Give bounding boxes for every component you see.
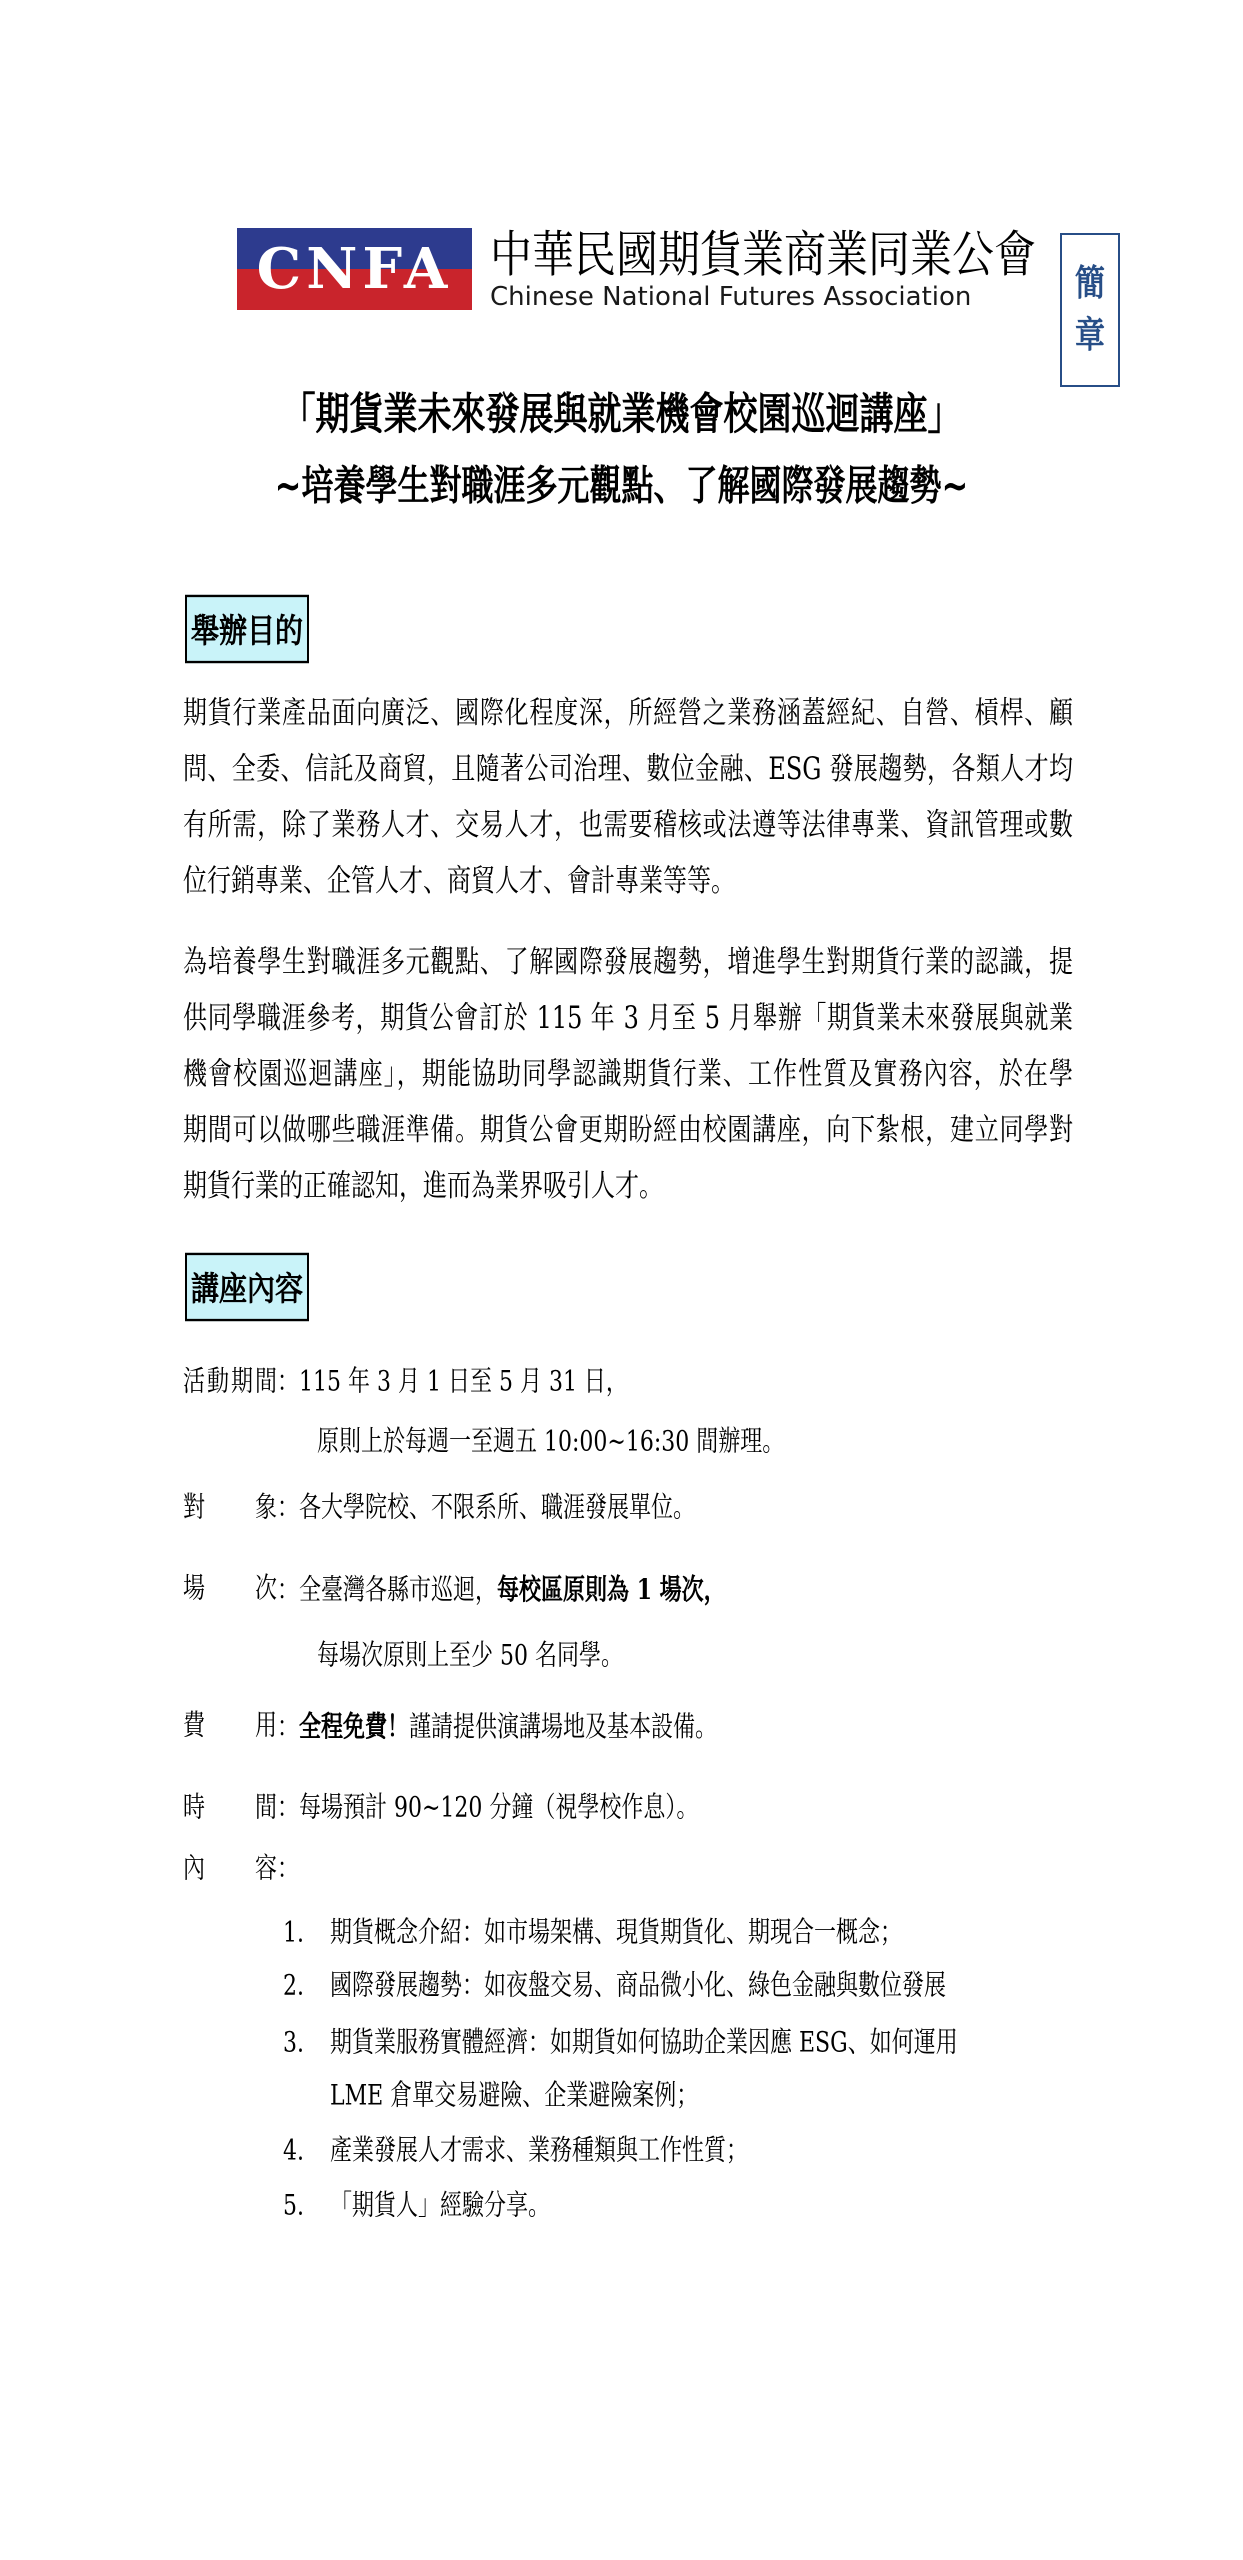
detail-label-char: 次 [255, 1554, 277, 1626]
detail-line-費用: 費用：全程免費！謹請提供演講場地及基本設備。 [183, 1691, 1103, 1763]
detail-label-char: 費 [183, 1691, 205, 1763]
detail-text-segment: 原則上於每週一至週五 10:00~16:30 間辦理。 [317, 1426, 784, 1458]
detail-text: 期貨業服務實體經濟：如期貨如何協助企業因應 ESG、如何運用 [330, 2027, 958, 2059]
detail-text: 產業發展人才需求、業務種類與工作性質； [330, 2135, 748, 2167]
document-page: CNFA 中華民國期貨業商業同業公會 Chinese National Futu… [0, 0, 1243, 2560]
brochure-char: 簡 [1075, 266, 1105, 302]
detail-text: LME 倉單交易避險、企業避險案例； [330, 2080, 698, 2112]
brochure-box: 簡章 [1060, 233, 1120, 387]
detail-label: 內容 [183, 1834, 277, 1906]
detail-line-對象: 對象：各大學院校、不限系所、職涯發展單位。 [183, 1473, 1103, 1545]
detail-text-segment: 「期貨人」經驗分享。 [330, 2190, 550, 2222]
paragraph-line: 位行銷專業、企管人才、商貿人才、會計專業等等。 [183, 845, 1073, 917]
detail-text: 每場預計 90~120 分鐘（視學校作息）。 [299, 1792, 698, 1824]
detail-label-char: 場 [183, 1554, 205, 1626]
label-colon: ： [277, 1473, 299, 1545]
section-heading-content: 講座內容 [185, 1253, 309, 1321]
detail-text-segment: 期貨業服務實體經濟：如期貨如何協助企業因應 ESG、如何運用 [330, 2027, 958, 2059]
detail-text: 各大學院校、不限系所、職涯發展單位。 [299, 1492, 695, 1524]
detail-text: 原則上於每週一至週五 10:00~16:30 間辦理。 [317, 1426, 784, 1458]
detail-text-bold: 全程免費！ [299, 1710, 409, 1743]
detail-label-char: 用 [255, 1691, 277, 1763]
brochure-char: 章 [1075, 318, 1105, 354]
detail-text-segment: 產業發展人才需求、業務種類與工作性質； [330, 2135, 748, 2167]
detail-label: 場次 [183, 1554, 277, 1626]
detail-text-segment: 115 年 3 月 1 日至 5 月 31 日， [299, 1366, 628, 1398]
detail-line-內容: 內容： [183, 1834, 1103, 1906]
cnfa-logo: CNFA [237, 228, 472, 310]
detail-text-segment: 每場次原則上至少 50 名同學。 [317, 1640, 623, 1672]
detail-text-segment: 每場預計 90~120 分鐘（視學校作息）。 [299, 1792, 698, 1824]
detail-text: 「期貨人」經驗分享。 [330, 2190, 550, 2222]
detail-label-char: 對 [183, 1473, 205, 1545]
label-colon: ： [277, 1692, 299, 1764]
org-name-zh: 中華民國期貨業商業同業公會 [490, 221, 1036, 289]
detail-text-segment: 全臺灣各縣市巡迴， [299, 1575, 497, 1607]
detail-text-segment: 各大學院校、不限系所、職涯發展單位。 [299, 1492, 695, 1524]
detail-text-segment: 國際發展趨勢：如夜盤交易、商品微小化、綠色金融與數位發展 [330, 1970, 946, 2002]
detail-text: 全臺灣各縣市巡迴，每校區原則為 1 場次， [299, 1575, 726, 1607]
detail-text: 115 年 3 月 1 日至 5 月 31 日， [299, 1366, 628, 1398]
detail-label: 對象 [183, 1473, 277, 1545]
detail-continuation-line: 每場次原則上至少 50 名同學。 [183, 1621, 1103, 1693]
detail-text-bold: 每校區原則為 1 場次， [497, 1573, 726, 1606]
detail-text-segment: 謹請提供演講場地及基本設備。 [409, 1712, 717, 1744]
label-colon: ： [277, 1834, 299, 1906]
detail-line-場次: 場次：全臺灣各縣市巡迴，每校區原則為 1 場次， [183, 1554, 1103, 1626]
org-name-en: Chinese National Futures Association [490, 280, 971, 314]
page-title: 「期貨業未來發展與就業機會校園巡迴講座」 [0, 379, 1243, 442]
label-colon: ： [277, 1555, 299, 1627]
detail-label: 費用 [183, 1691, 277, 1763]
detail-text: 全程免費！謹請提供演講場地及基本設備。 [299, 1712, 717, 1744]
list-number: 5. [283, 2171, 304, 2243]
page-subtitle: ~培養學生對職涯多元觀點、了解國際發展趨勢~ [0, 454, 1243, 513]
detail-label-char: 內 [183, 1834, 205, 1906]
detail-text: 期貨概念介紹：如市場架構、現貨期貨化、期現合一概念； [330, 1917, 902, 1949]
detail-text: 每場次原則上至少 50 名同學。 [317, 1640, 623, 1672]
detail-text-segment: LME 倉單交易避險、企業避險案例； [330, 2080, 698, 2112]
detail-label-char: 容 [255, 1834, 277, 1906]
paragraph-line: 期貨行業的正確認知，進而為業界吸引人才。 [183, 1150, 1073, 1222]
detail-continuation-line: 原則上於每週一至週五 10:00~16:30 間辦理。 [183, 1407, 1103, 1479]
detail-text-segment: 期貨概念介紹：如市場架構、現貨期貨化、期現合一概念； [330, 1917, 902, 1949]
detail-label-char: 象 [255, 1473, 277, 1545]
list-item: 5.「期貨人」經驗分享。 [183, 2171, 1103, 2243]
detail-text: 國際發展趨勢：如夜盤交易、商品微小化、綠色金融與數位發展 [330, 1970, 946, 2002]
section-heading-purpose: 舉辦目的 [185, 595, 309, 663]
logo-text: CNFA [237, 228, 472, 310]
